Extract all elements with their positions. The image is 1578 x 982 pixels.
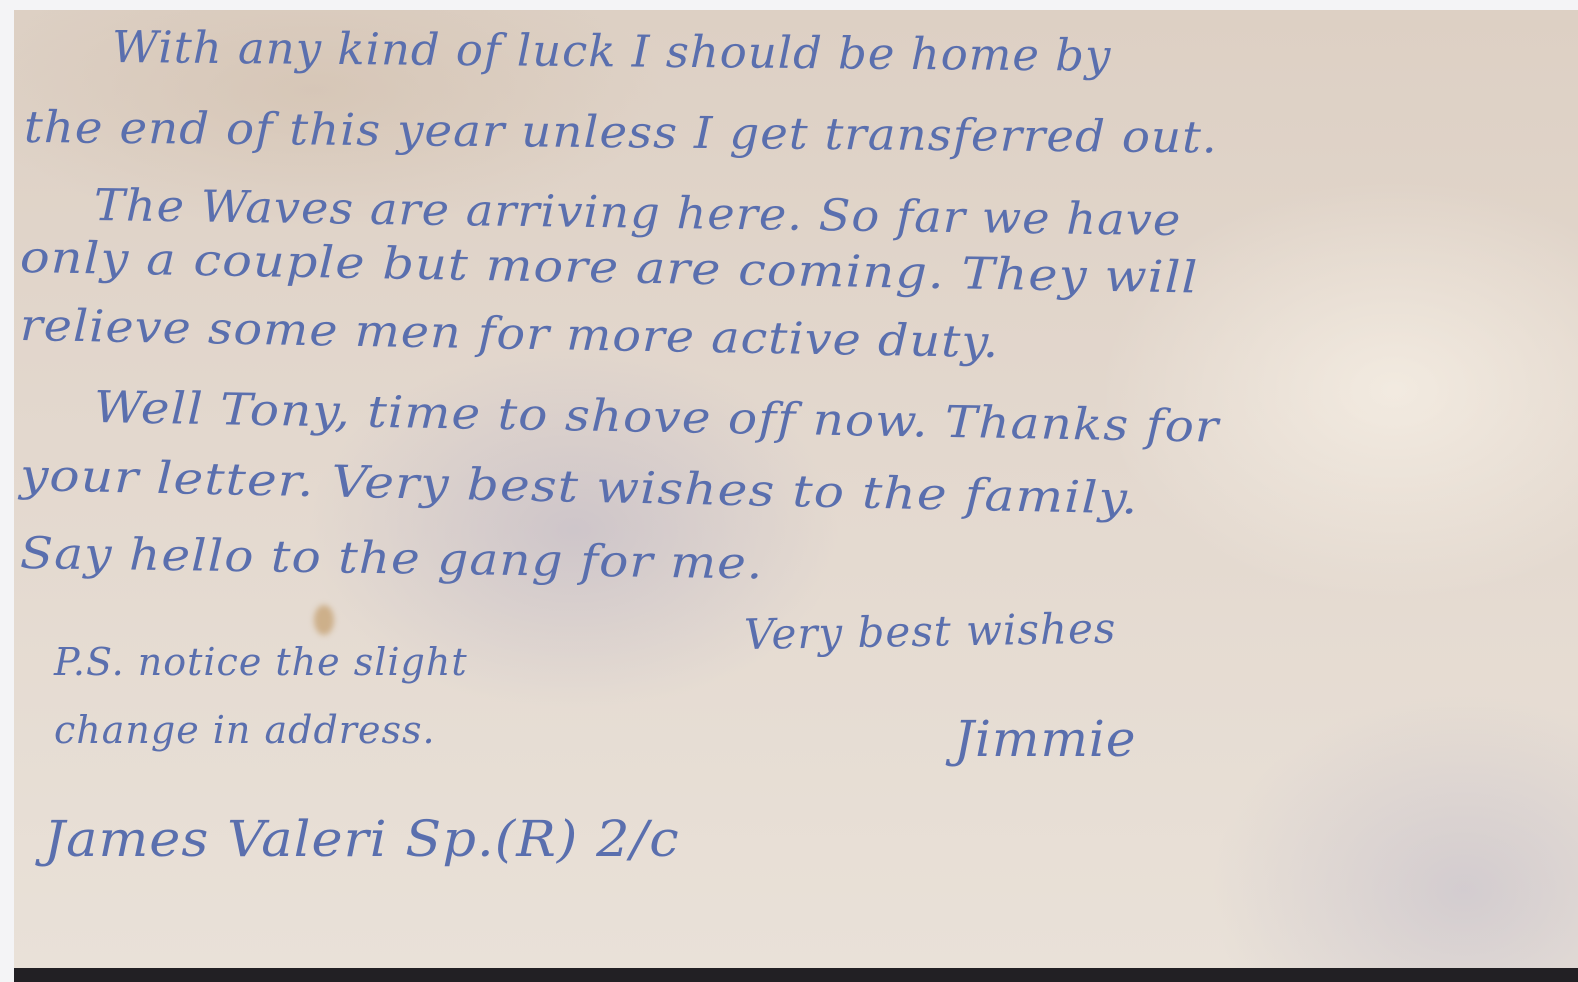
sender-name-rank: James Valeri Sp.(R) 2/c bbox=[44, 810, 680, 868]
postscript-line-1: P.S. notice the slight bbox=[54, 640, 468, 684]
letter-line-5: relieve some men for more active duty. bbox=[20, 300, 1000, 368]
letter-line-6: Well Tony, time to shove off now. Thanks… bbox=[94, 382, 1220, 453]
letter-line-1: With any kind of luck I should be home b… bbox=[112, 22, 1112, 82]
paper-stain bbox=[314, 605, 334, 635]
closing-line: Very best wishes bbox=[744, 604, 1117, 659]
letter-line-8: Say hello to the gang for me. bbox=[20, 528, 764, 589]
letter-paper: With any kind of luck I should be home b… bbox=[14, 10, 1578, 970]
postscript-line-2: change in address. bbox=[54, 708, 436, 752]
signature: Jimmie bbox=[954, 710, 1136, 768]
letter-line-2: the end of this year unless I get transf… bbox=[24, 102, 1218, 163]
letter-line-7: your letter. Very best wishes to the fam… bbox=[19, 450, 1139, 524]
scan-bottom-edge bbox=[14, 968, 1578, 982]
